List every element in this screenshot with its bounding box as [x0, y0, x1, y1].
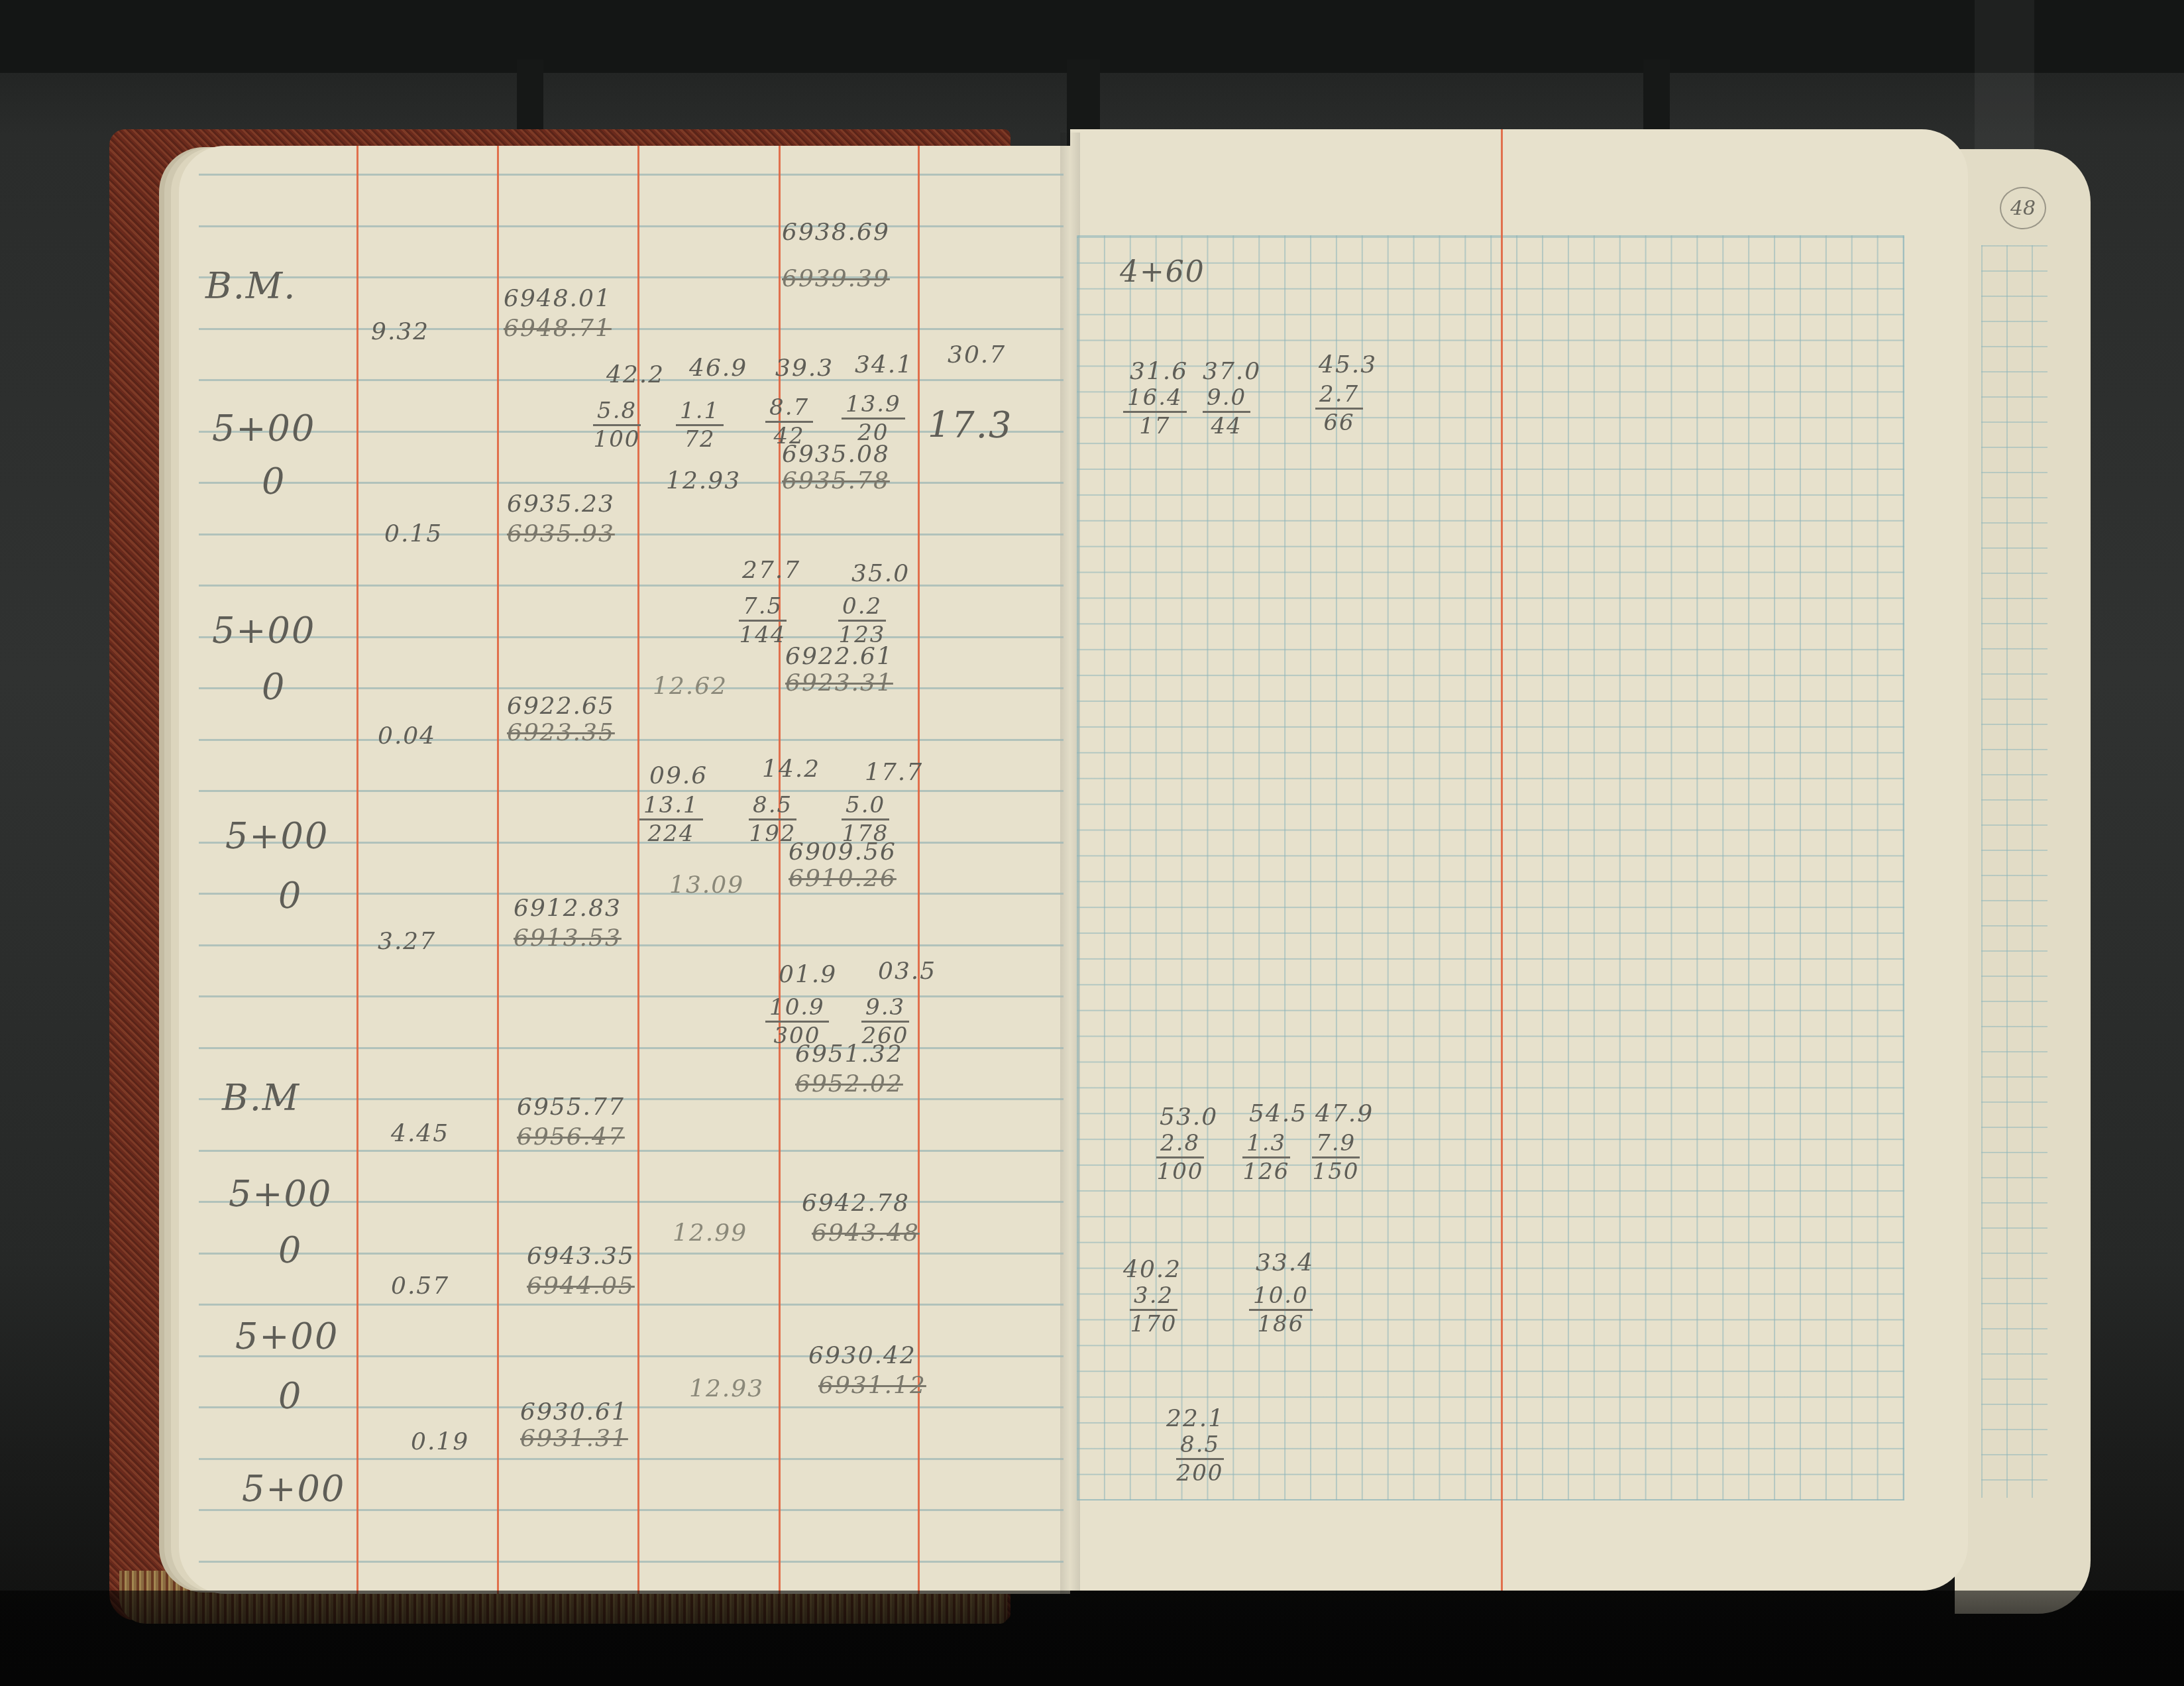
fraction-denominator: 200 — [1177, 1460, 1224, 1487]
cross-section-top: 03.5 — [878, 958, 936, 985]
left-page-blue-rule — [199, 1098, 1064, 1100]
elevation-crossed-value: 6935.78 — [782, 467, 890, 494]
cross-section-fraction: 8.5 192 — [749, 792, 796, 847]
station-label: 0 — [278, 1375, 302, 1417]
bottom-shadow — [0, 1591, 2184, 1686]
fraction-denominator: 170 — [1130, 1311, 1177, 1337]
cross-section-top: 46.9 — [689, 355, 747, 382]
foresight-value: 12.99 — [673, 1219, 747, 1247]
backsight-value: 4.45 — [391, 1120, 449, 1147]
left-page-blue-rule — [199, 328, 1064, 330]
left-page-blue-rule — [199, 174, 1064, 176]
fraction-numerator: 3.2 — [1130, 1282, 1177, 1311]
fraction-denominator: 17 — [1139, 413, 1170, 439]
fraction-numerator: 9.0 — [1203, 384, 1250, 413]
fraction-denominator: 42 — [773, 423, 804, 449]
station-label: 5+00 — [229, 1173, 332, 1215]
left-rule-2 — [497, 146, 499, 1594]
fraction-numerator: 16.4 — [1123, 384, 1187, 413]
left-page-blue-rule — [199, 636, 1064, 638]
hi-value: 6943.35 — [527, 1243, 635, 1270]
fraction-numerator: 9.3 — [861, 994, 909, 1023]
fraction-numerator: 5.0 — [842, 792, 889, 820]
station-label: 0 — [262, 666, 286, 708]
fraction-numerator: 2.8 — [1156, 1130, 1204, 1158]
hi-crossed-value: 6944.05 — [527, 1272, 635, 1300]
station-label: 0 — [262, 461, 286, 502]
fraction-denominator: 224 — [647, 820, 694, 847]
page-number: 48 — [2000, 187, 2046, 229]
left-page-blue-rule — [199, 995, 1064, 997]
hi-crossed-value: 6956.47 — [517, 1123, 625, 1151]
back-page-grid — [1981, 245, 2048, 1498]
station-label: 0 — [278, 1229, 302, 1271]
cross-section-fraction: 10.9 300 — [765, 994, 829, 1049]
elevation-crossed-value: 6943.48 — [812, 1219, 920, 1247]
left-page-blue-rule — [199, 790, 1064, 792]
cross-section-fraction: 13.9 20 — [842, 391, 905, 446]
cross-section-fraction: 5.8 100 — [593, 398, 641, 453]
right-page-grid — [1077, 235, 1904, 1500]
fraction-denominator: 260 — [862, 1023, 909, 1049]
foresight-value: 12.62 — [653, 673, 728, 700]
station-label: 5+00 — [242, 1468, 345, 1510]
fraction-numerator: 0.2 — [838, 593, 886, 622]
elevation-crossed-value: 6931.12 — [818, 1372, 926, 1399]
fraction-denominator: 126 — [1243, 1158, 1290, 1185]
right-fraction: 2.8 100 — [1156, 1130, 1204, 1185]
right-fraction: 8.5 200 — [1176, 1432, 1224, 1487]
fraction-numerator: 7.9 — [1312, 1130, 1360, 1158]
cross-section-top: 09.6 — [649, 762, 708, 789]
elevation-crossed-value: 6910.26 — [789, 865, 897, 892]
backsight-value: 0.04 — [378, 722, 436, 750]
cross-section-top: 01.9 — [779, 961, 837, 988]
right-station-label: 4+60 — [1120, 255, 1205, 289]
hi-value: 6930.61 — [520, 1398, 628, 1426]
backsight-value: 0.19 — [411, 1428, 469, 1455]
fraction-denominator: 100 — [1157, 1158, 1204, 1185]
foresight-value: 12.93 — [666, 467, 741, 494]
hi-value: 6955.77 — [517, 1094, 625, 1121]
left-page-blue-rule — [199, 1406, 1064, 1408]
backsight-value: 9.32 — [371, 318, 429, 345]
left-page-blue-rule — [199, 893, 1064, 895]
left-page-blue-rule — [199, 225, 1064, 227]
backsight-value: 3.27 — [378, 928, 436, 955]
right-top: 22.1 — [1166, 1405, 1225, 1432]
left-page-blue-rule — [199, 1047, 1064, 1049]
hi-crossed-value: 6931.31 — [520, 1425, 628, 1452]
fraction-denominator: 192 — [749, 820, 796, 847]
cross-section-fraction: 13.1 224 — [639, 792, 703, 847]
right-top: 37.0 — [1203, 358, 1261, 385]
station-label: 5+00 — [225, 815, 329, 857]
hi-crossed-value: 6913.53 — [514, 925, 622, 952]
fraction-numerator: 13.9 — [842, 391, 905, 420]
fraction-numerator: 10.9 — [765, 994, 829, 1023]
hi-crossed-value: 6935.93 — [507, 520, 615, 547]
elevation-crossed-value: 6939.39 — [782, 265, 890, 292]
right-fraction: 7.9 150 — [1312, 1130, 1360, 1185]
right-fraction: 3.2 170 — [1130, 1282, 1177, 1337]
fraction-denominator: 123 — [839, 622, 886, 648]
fraction-denominator: 186 — [1257, 1311, 1304, 1337]
elevation-value: 6930.42 — [808, 1342, 916, 1369]
cross-section-fraction: 7.5 144 — [739, 593, 787, 648]
station-label: 5+00 — [212, 408, 315, 449]
hi-crossed-value: 6948.71 — [504, 315, 612, 342]
station-label: B.M — [222, 1077, 300, 1119]
right-fraction: 16.4 17 — [1123, 384, 1187, 439]
fraction-numerator: 1.1 — [676, 398, 724, 426]
left-page-blue-rule — [199, 585, 1064, 587]
left-page-blue-rule — [199, 739, 1064, 741]
cross-section-top: 27.7 — [742, 557, 800, 584]
right-top: 45.3 — [1319, 351, 1377, 378]
right-top: 31.6 — [1130, 358, 1188, 385]
fraction-denominator: 300 — [773, 1023, 820, 1049]
foresight-value: 13.09 — [669, 871, 744, 899]
cross-section-fraction: 5.0 178 — [842, 792, 889, 847]
station-label: 0 — [278, 875, 302, 917]
fraction-denominator: 150 — [1313, 1158, 1360, 1185]
elevation-crossed-value: 6952.02 — [795, 1070, 903, 1097]
fraction-denominator: 66 — [1323, 410, 1354, 436]
station-label: B.M. — [205, 265, 296, 307]
backsight-value: 0.15 — [384, 520, 443, 547]
cross-section-fraction: 0.2 123 — [838, 593, 886, 648]
fraction-numerator: 13.1 — [639, 792, 703, 820]
left-page-blue-rule — [199, 944, 1064, 946]
hi-value: 6948.01 — [504, 285, 612, 312]
left-page-blue-rule — [199, 687, 1064, 689]
right-rule — [1501, 129, 1503, 1591]
right-top: 53.0 — [1160, 1103, 1218, 1131]
cross-section-fraction: 9.3 260 — [861, 994, 909, 1049]
hi-value: 6912.83 — [514, 895, 622, 922]
fraction-numerator: 10.0 — [1249, 1282, 1313, 1311]
elevation-value: 6938.69 — [782, 219, 890, 246]
left-page-blue-rule — [199, 1304, 1064, 1306]
cross-section-top: 14.2 — [762, 756, 820, 783]
cross-section-top: 42.2 — [606, 361, 665, 388]
elevation-value: 6942.78 — [802, 1190, 910, 1217]
backsight-value: 0.57 — [391, 1272, 449, 1300]
cross-section-fraction: 1.1 72 — [676, 398, 724, 453]
hi-crossed-value: 6923.35 — [507, 719, 615, 746]
fraction-numerator: 8.7 — [765, 394, 813, 423]
right-top: 54.5 — [1249, 1100, 1307, 1127]
right-fraction: 10.0 186 — [1249, 1282, 1313, 1337]
left-page-blue-rule — [199, 534, 1064, 535]
cross-section-top: 39.3 — [775, 355, 834, 382]
fraction-numerator: 5.8 — [593, 398, 641, 426]
left-rule-1 — [356, 146, 358, 1594]
cross-section-top: 17.7 — [865, 759, 923, 786]
hi-value: 6922.65 — [507, 693, 615, 720]
fraction-denominator: 20 — [857, 420, 889, 446]
elevation-crossed-value: 6923.31 — [785, 669, 893, 697]
cross-section-fraction: 8.7 42 — [765, 394, 813, 449]
left-page-blue-rule — [199, 1150, 1064, 1152]
cross-section-top: 34.1 — [855, 351, 913, 378]
right-top: 47.9 — [1315, 1100, 1374, 1127]
left-page-blue-rule — [199, 1561, 1064, 1563]
right-top: 33.4 — [1256, 1249, 1314, 1276]
left-page-blue-rule — [199, 482, 1064, 484]
left-page-blue-rule — [199, 1458, 1064, 1460]
cross-section-top: 30.7 — [948, 341, 1006, 368]
fraction-denominator: 144 — [739, 622, 787, 648]
cross-section-top: 35.0 — [851, 560, 910, 587]
fraction-numerator: 1.3 — [1242, 1130, 1290, 1158]
foresight-value: 12.93 — [689, 1375, 764, 1402]
hi-value: 6935.23 — [507, 490, 615, 518]
fraction-denominator: 178 — [842, 820, 889, 847]
station-label: 5+00 — [235, 1316, 339, 1357]
fraction-denominator: 72 — [684, 426, 715, 453]
glass-glare — [1975, 0, 2034, 172]
fraction-denominator: 100 — [594, 426, 641, 453]
right-fraction: 2.7 66 — [1315, 381, 1363, 436]
right-top: 40.2 — [1123, 1256, 1181, 1283]
fraction-numerator: 8.5 — [1176, 1432, 1224, 1460]
fraction-denominator: 44 — [1211, 413, 1242, 439]
cross-section-extra: 17.3 — [928, 404, 1012, 446]
left-page-blue-rule — [199, 276, 1064, 278]
fraction-numerator: 2.7 — [1315, 381, 1363, 410]
right-fraction: 1.3 126 — [1242, 1130, 1290, 1185]
right-fraction: 9.0 44 — [1203, 384, 1250, 439]
fraction-numerator: 8.5 — [749, 792, 796, 820]
fraction-numerator: 7.5 — [739, 593, 787, 622]
station-label: 5+00 — [212, 610, 315, 651]
